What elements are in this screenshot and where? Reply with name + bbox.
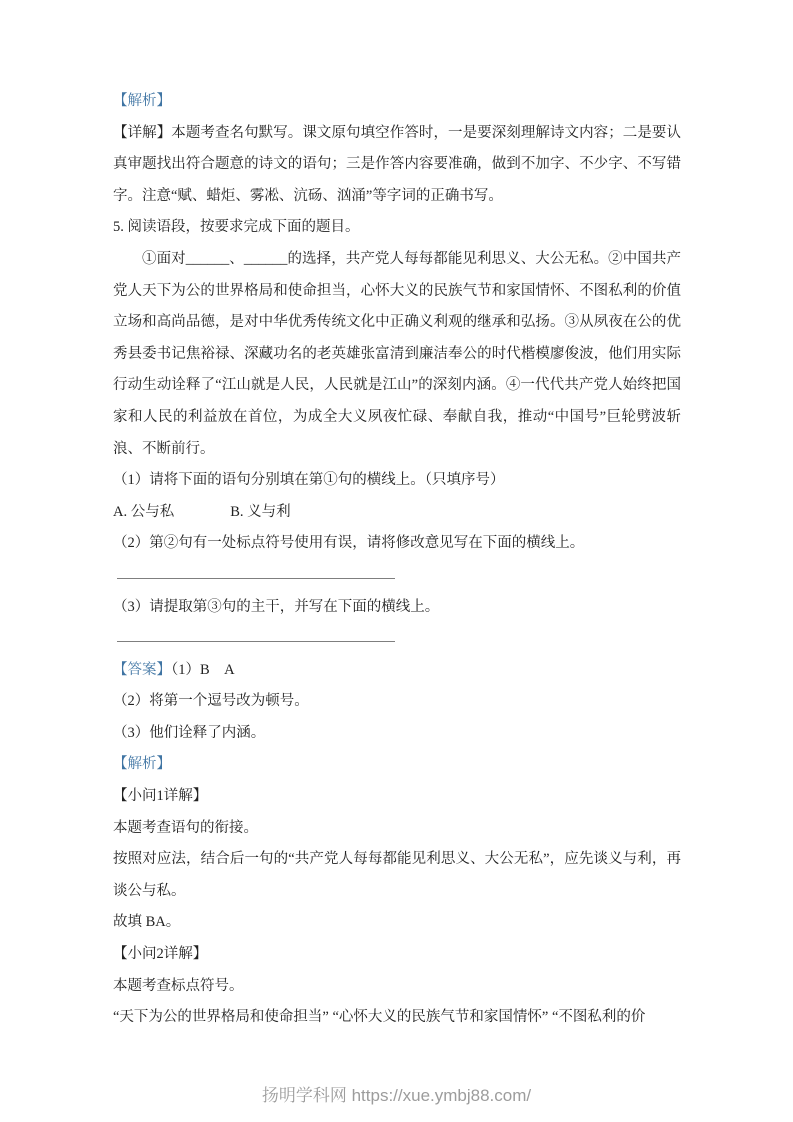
- question-5-stem: 5. 阅读语段，按要求完成下面的题目。: [113, 212, 681, 244]
- sub-question-3: （3）请提取第③句的主干，并写在下面的横线上。: [113, 592, 681, 624]
- sub-question-2-explain-label: 【小问2详解】: [113, 939, 681, 971]
- question-5-passage: ①面对______、______的选择，共产党人每每都能见利思义、大公无私。②中…: [113, 244, 681, 465]
- answer-blank-slot-2: [113, 623, 681, 655]
- sub-question-2: （2）第②句有一处标点符号使用有误，请将修改意见写在下面的横线上。: [113, 528, 681, 560]
- answer-label: 【答案】: [113, 662, 171, 678]
- option-a: A. 公与私: [113, 504, 174, 520]
- answer-line-2: （2）将第一个逗号改为顿号。: [113, 686, 681, 718]
- document-page: 【解析】 【详解】本题考查名句默写。课文原句填空作答时，一是要深刻理解诗文内容；…: [0, 0, 793, 1122]
- options-line: A. 公与私B. 义与利: [113, 497, 681, 529]
- option-b: B. 义与利: [230, 504, 290, 520]
- sub1-explain-line-1: 本题考查语句的衔接。: [113, 813, 681, 845]
- sub-question-1: （1）请将下面的语句分别填在第①句的横线上。（只填序号）: [113, 465, 681, 497]
- analysis-label-1: 【解析】: [113, 86, 681, 118]
- answer-blank-slot-1: [113, 560, 681, 592]
- site-watermark: 扬明学科网 https://xue.ymbj88.com/: [0, 1081, 793, 1106]
- answer-line-3: （3）他们诠释了内涵。: [113, 718, 681, 750]
- answer-blank-line-1: [117, 578, 395, 579]
- sub2-explain-line-2: “天下为公的世界格局和使命担当” “心怀大义的民族气节和家国情怀” “不图私利的…: [113, 1002, 681, 1034]
- answer-blank-line-2: [117, 641, 395, 642]
- analysis-label-2: 【解析】: [113, 749, 681, 781]
- detail-explanation-paragraph: 【详解】本题考查名句默写。课文原句填空作答时，一是要深刻理解诗文内容；二是要认真…: [113, 118, 681, 213]
- answer-1-value: （1）B A: [171, 662, 235, 678]
- answer-line-1: 【答案】（1）B A: [113, 655, 681, 687]
- sub1-explain-line-3: 故填 BA。: [113, 907, 681, 939]
- sub-question-1-explain-label: 【小问1详解】: [113, 781, 681, 813]
- document-content: 【解析】 【详解】本题考查名句默写。课文原句填空作答时，一是要深刻理解诗文内容；…: [113, 86, 681, 1034]
- sub2-explain-line-1: 本题考查标点符号。: [113, 971, 681, 1003]
- sub1-explain-line-2: 按照对应法，结合后一句的“共产党人每每都能见利思义、大公无私”，应先谈义与利，再…: [113, 844, 681, 907]
